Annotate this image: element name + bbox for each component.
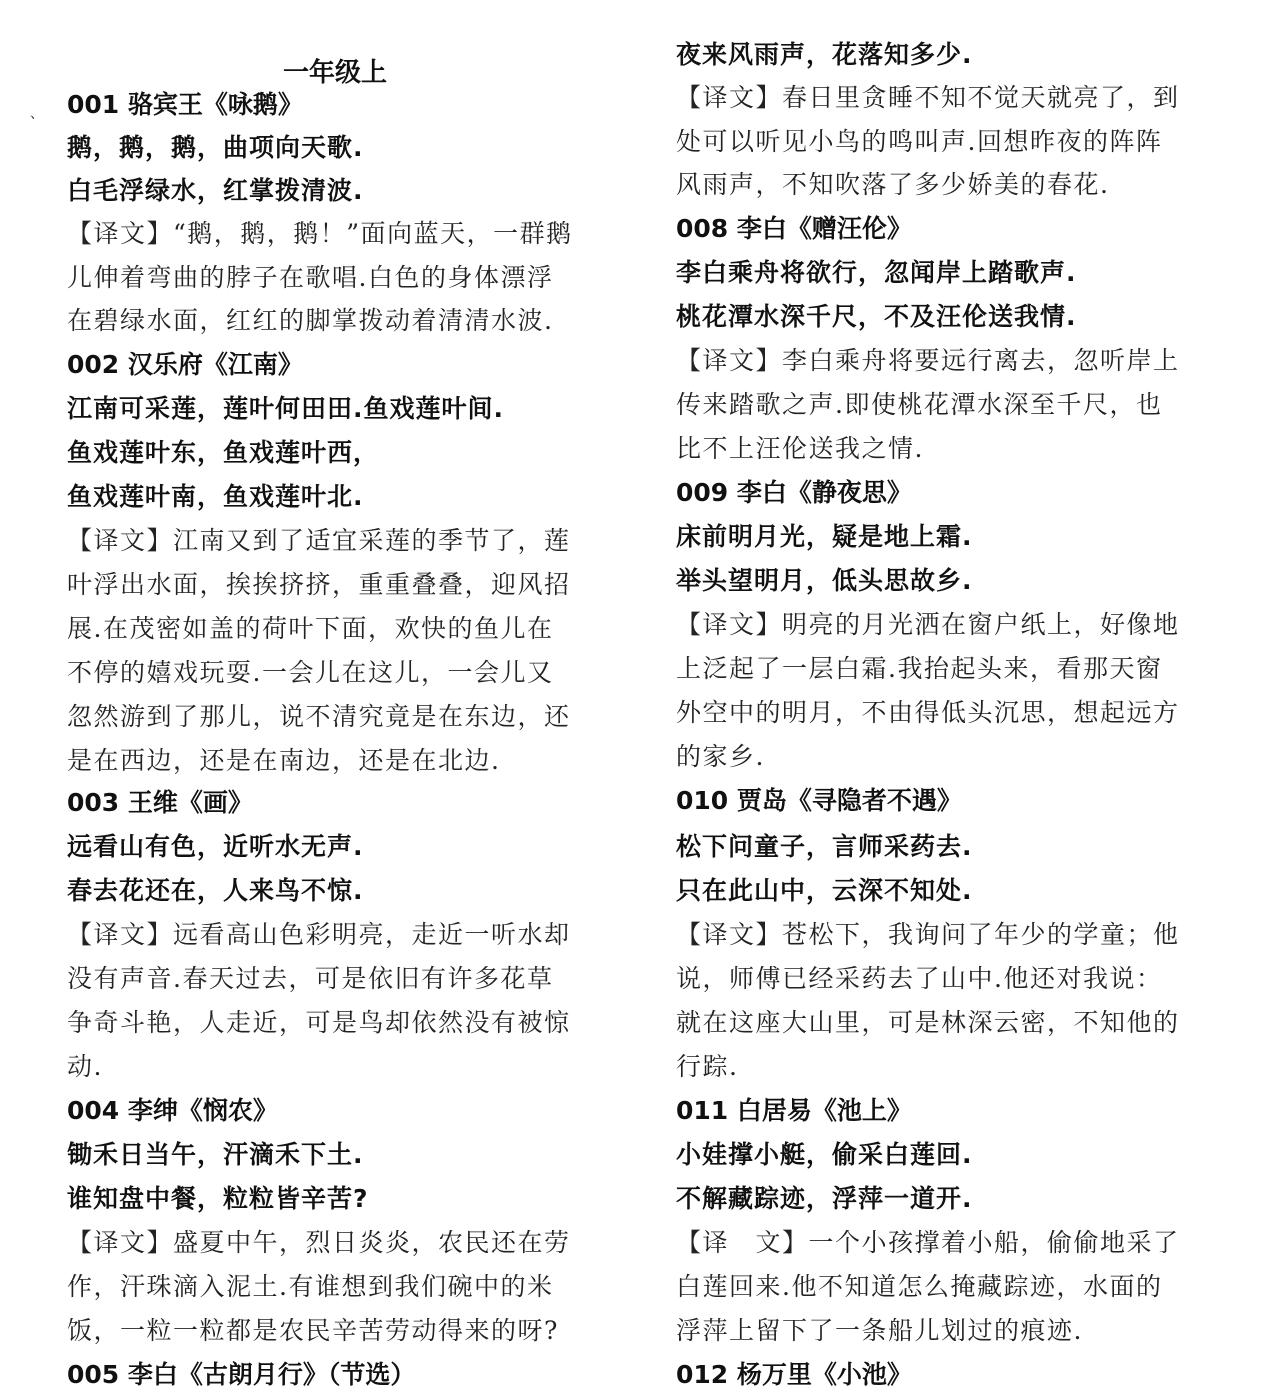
poem-line: 床前明月光，疑是地上霜. <box>676 524 973 549</box>
poem-heading: 005 李白《古朗月行》（节选） <box>67 1362 415 1387</box>
poem-heading: 008 李白《赠汪伦》 <box>676 216 912 241</box>
translation-line: 忽然游到了那儿，说不清究竟是在东边，还 <box>67 704 571 729</box>
translation-line: 【译文】“鹅，鹅，鹅！”面向蓝天，一群鹅 <box>67 221 573 246</box>
translation-line: 叶浮出水面，挨挨挤挤，重重叠叠，迎风招 <box>67 572 571 597</box>
poem-line: 李白乘舟将欲行，忽闻岸上踏歌声. <box>676 260 1077 285</box>
translation-line: 作，汗珠滴入泥土.有谁想到我们碗中的米 <box>67 1274 553 1299</box>
poem-heading: 004 李绅《悯农》 <box>67 1098 278 1123</box>
poem-line: 锄禾日当午，汗滴禾下土. <box>67 1142 364 1167</box>
translation-line: 【译文】江南又到了适宜采莲的季节了，莲 <box>67 528 571 553</box>
translation-line: 风雨声，不知吹落了多少娇美的春花. <box>676 172 1109 197</box>
poem-heading: 010 贾岛《寻隐者不遇》 <box>676 788 962 813</box>
translation-line: 争奇斗艳，人走近，可是鸟却依然没有被惊 <box>67 1010 571 1035</box>
poem-line: 小娃撑小艇，偷采白莲回. <box>676 1142 973 1167</box>
translation-line: 没有声音.春天过去，可是依旧有许多花草 <box>67 966 553 991</box>
poem-line: 白毛浮绿水，红掌拨清波. <box>67 178 364 203</box>
poem-line: 鱼戏莲叶南，鱼戏莲叶北. <box>67 484 364 509</box>
poem-line: 举头望明月，低头思故乡. <box>676 568 973 593</box>
translation-line: 上泛起了一层白霜.我抬起头来，看那天窗 <box>676 656 1162 681</box>
translation-line: 儿伸着弯曲的脖子在歌唱.白色的身体漂浮 <box>67 265 553 290</box>
translation-line: 比不上汪伦送我之情. <box>676 436 924 461</box>
translation-line: 【译文】苍松下，我询问了年少的学童；他 <box>676 922 1180 947</box>
translation-line: 传来踏歌之声.即使桃花潭水深至千尺，也 <box>676 392 1162 417</box>
poem-heading: 003 王维《画》 <box>67 790 253 815</box>
translation-line: 在碧绿水面，红红的脚掌拨动着清清水波. <box>67 308 553 333</box>
translation-line: 处可以听见小鸟的鸣叫声.回想昨夜的阵阵 <box>676 129 1162 154</box>
grade-title: 一年级上 <box>283 60 387 86</box>
translation-line: 动. <box>67 1054 103 1079</box>
poem-heading: 009 李白《静夜思》 <box>676 480 912 505</box>
translation-line: 白莲回来.他不知道怎么掩藏踪迹，水面的 <box>676 1274 1162 1299</box>
poem-line: 桃花潭水深千尺，不及汪伦送我情. <box>676 304 1077 329</box>
translation-line: 浮萍上留下了一条船儿划过的痕迹. <box>676 1318 1083 1343</box>
poem-line: 鱼戏莲叶东，鱼戏莲叶西， <box>67 440 379 465</box>
translation-line: 【译文】远看高山色彩明亮，走近一听水却 <box>67 922 571 947</box>
translation-line: 不停的嬉戏玩耍.一会儿在这儿，一会儿又 <box>67 660 553 685</box>
poem-line: 不解藏踪迹，浮萍一道开. <box>676 1186 973 1211</box>
poem-heading: 012 杨万里《小池》 <box>676 1362 912 1387</box>
translation-line: 【译文】春日里贪睡不知不觉天就亮了，到 <box>676 85 1180 110</box>
translation-line: 饭，一粒一粒都是农民辛苦劳动得来的呀? <box>67 1318 559 1343</box>
poem-line: 夜来风雨声，花落知多少. <box>676 42 973 67</box>
stray-mark: 、 <box>30 103 44 123</box>
poem-heading: 001 骆宾王《咏鹅》 <box>67 92 303 117</box>
translation-line: 【译文】盛夏中午，烈日炎炎，农民还在劳 <box>67 1230 571 1255</box>
poem-line: 鹅，鹅，鹅，曲项向天歌. <box>67 135 364 160</box>
poem-line: 只在此山中，云深不知处. <box>676 878 973 903</box>
translation-line: 【译 文】一个小孩撑着小船，偷偷地采了 <box>676 1230 1180 1255</box>
translation-line: 的家乡. <box>676 744 765 769</box>
translation-line: 外空中的明月，不由得低头沉思，想起远方 <box>676 700 1180 725</box>
poem-heading: 011 白居易《池上》 <box>676 1098 912 1123</box>
translation-line: 【译文】李白乘舟将要远行离去，忽听岸上 <box>676 348 1180 373</box>
translation-line: 行踪. <box>676 1054 738 1079</box>
poem-line: 远看山有色，近听水无声. <box>67 834 364 859</box>
poem-line: 春去花还在，人来鸟不惊. <box>67 878 364 903</box>
translation-line: 是在西边，还是在南边，还是在北边. <box>67 748 500 773</box>
poem-line: 松下问童子，言师采药去. <box>676 834 973 859</box>
translation-line: 展.在茂密如盖的荷叶下面，欢快的鱼儿在 <box>67 616 553 641</box>
poem-line: 谁知盘中餐，粒粒皆辛苦? <box>67 1186 369 1211</box>
translation-line: 【译文】明亮的月光洒在窗户纸上，好像地 <box>676 612 1180 637</box>
poem-line: 江南可采莲，莲叶何田田.鱼戏莲叶间. <box>67 396 504 421</box>
translation-line: 说，师傅已经采药去了山中.他还对我说： <box>676 966 1162 991</box>
poem-heading: 002 汉乐府《江南》 <box>67 352 303 377</box>
translation-line: 就在这座大山里，可是林深云密，不知他的 <box>676 1010 1180 1035</box>
